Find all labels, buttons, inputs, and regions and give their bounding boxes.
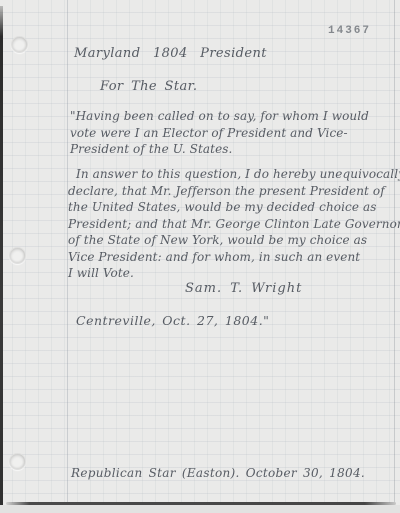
punch-hole-middle bbox=[9, 247, 26, 264]
paragraph-2-line: declare, that Mr. Jefferson the present … bbox=[68, 183, 400, 200]
paragraph-1-line: "Having been called on to say, for whom … bbox=[70, 108, 369, 125]
paper-edge-left bbox=[0, 6, 3, 513]
punch-hole-top bbox=[11, 36, 28, 53]
paragraph-2-line: I will Vote. bbox=[68, 265, 400, 282]
source-citation: Republican Star (Easton). October 30, 18… bbox=[71, 466, 365, 480]
paragraph-2-line: of the State of New York, would be my ch… bbox=[68, 232, 400, 249]
paragraph-1: "Having been called on to say, for whom … bbox=[70, 108, 369, 158]
paragraph-2-line: President; and that Mr. George Clinton L… bbox=[68, 216, 400, 233]
document-heading: Maryland 1804 President bbox=[74, 46, 267, 61]
paragraph-1-line: President of the U. States. bbox=[70, 141, 369, 158]
paragraph-2: In answer to this question, I do hereby … bbox=[68, 166, 400, 282]
punch-hole-bottom bbox=[9, 453, 26, 470]
paragraph-2-line: In answer to this question, I do hereby … bbox=[68, 166, 400, 183]
dateline: Centreville, Oct. 27, 1804." bbox=[76, 313, 269, 328]
paragraph-1-line: vote were I an Elector of President and … bbox=[70, 125, 369, 142]
archive-stamp-number: 14367 bbox=[328, 25, 371, 37]
paragraph-2-line: the United States, would be my decided c… bbox=[68, 199, 400, 216]
scan-background-band bbox=[0, 505, 400, 513]
paragraph-2-line: Vice President: and for whom, in such an… bbox=[68, 249, 400, 266]
signature: Sam. T. Wright bbox=[185, 281, 302, 296]
document-title: For The Star. bbox=[100, 79, 197, 94]
